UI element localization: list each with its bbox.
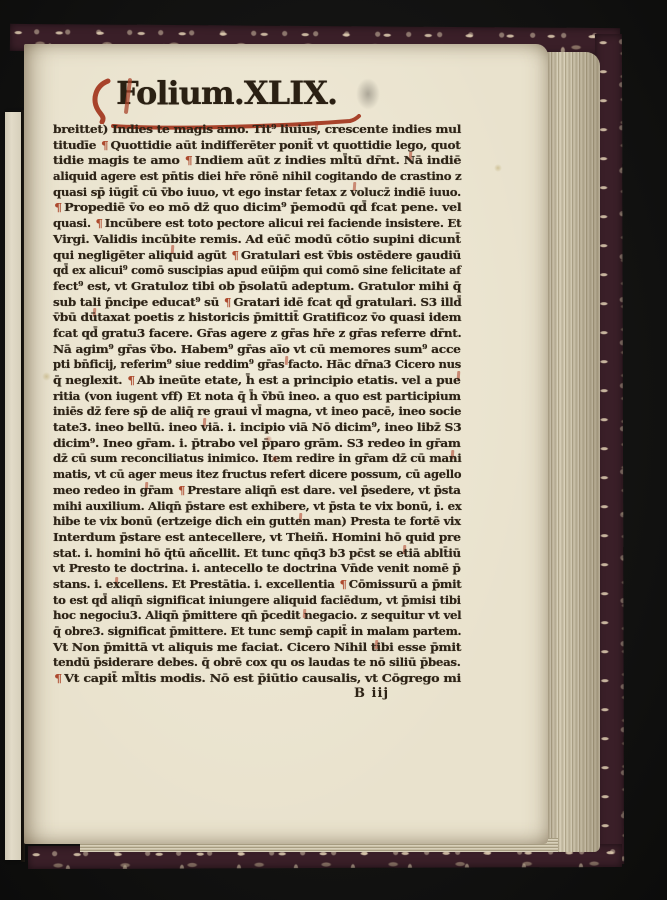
pilcrow-mark: ¶ <box>231 248 238 262</box>
text-line: aliquid agere est pn̄tis diei hr̄e rōnē … <box>53 165 461 181</box>
text-line: qui negligēter aliquid agūt ¶Gratulari e… <box>53 244 461 260</box>
text-line: qd̄ ex alicui⁹ comō suscipias apud eūip̄… <box>53 259 461 275</box>
text-line: Virgi. Validis incūbite remis. Ad eūc̄ m… <box>53 228 461 244</box>
text-line: ¶Propediē v̄o eo mō dz̄ quo dicim⁹ p̄emo… <box>53 196 461 212</box>
text-line: fect⁹ est, vt Gratuloz tibi ob p̄solatū … <box>53 275 461 291</box>
page-stain <box>494 164 502 172</box>
text-line: breittet) Indies te magis amo. Tit⁹ liui… <box>53 118 461 134</box>
book-page: Folium.XLIX. breittet) Indies te mag <box>24 44 548 844</box>
pilcrow-mark: ¶ <box>54 200 62 214</box>
text-line: ¶Vt capit̄ ml̄tis modis. Nō est p̄iūtio … <box>53 667 461 683</box>
text-line: quasi sp̄ iūgit̄ cū v̄bo iuuo, vt ego in… <box>53 181 461 197</box>
text-line: matis, vt cū ager meus itez fructus refe… <box>53 463 461 479</box>
page-stain <box>42 372 51 381</box>
text-line: Nā agim⁹ gr̄as v̄bo. Habem⁹ gr̄as aīo vt… <box>53 338 461 354</box>
text-line: tate3. ineo bellū. ineo viā. i. incipio … <box>53 416 461 432</box>
pilcrow-mark: ¶ <box>54 671 62 685</box>
text-line: titudīe ¶Quottidie aūt indifferēter poni… <box>53 134 461 150</box>
text-line: ritia (von iugent vff) Et nota q̄ h̄ v̄b… <box>53 385 461 401</box>
ink-smudge <box>356 78 380 110</box>
text-line: tidie magis te amo ¶Indiem aūt z indies … <box>53 149 461 165</box>
text-line: sub tali p̄ncipe educat⁹ sū ¶Gratari idē… <box>53 291 461 307</box>
facing-page-edge <box>5 112 21 860</box>
folio-number-heading: Folium.XLIX. <box>116 74 337 112</box>
quire-signature-mark: B iij <box>354 686 389 701</box>
text-line: to est qd̄ aliqn̄ significat iniungere a… <box>53 589 461 605</box>
pilcrow-mark: ¶ <box>178 483 185 497</box>
text-line: stans. i. excellens. Et Prestātia. i. ex… <box>53 573 461 589</box>
pilcrow-mark: ¶ <box>96 216 103 230</box>
red-ink-stain <box>272 454 278 464</box>
text-line: mihi auxilium. Aliqn̄ p̄stare est exhibe… <box>53 495 461 511</box>
text-block: breittet) Indies te magis amo. Tit⁹ liui… <box>53 118 461 683</box>
pilcrow-mark: ¶ <box>101 138 108 152</box>
text-line: stat. i. homini hō q̄tū añcellit. Et tun… <box>53 542 461 558</box>
text-line: Interdum p̄stare est antecellere, vt The… <box>53 526 461 542</box>
text-line: meo redeo in gr̄am ¶Prestare aliqn̄ est … <box>53 479 461 495</box>
text-line: iniēs dz̄ fere sp̄ de aliq̄ re graui vl̄… <box>53 400 461 416</box>
red-ink-stain <box>264 436 273 442</box>
book-photo: Folium.XLIX. breittet) Indies te mag <box>0 0 667 900</box>
text-line: hoc negociu3. Aliqn̄ p̄mittere qn̄ p̄ced… <box>53 604 461 620</box>
text-line: tendū p̄siderare debes. q̄ obrē cox qu o… <box>53 651 461 667</box>
text-line: fcat qd̄ gratu3 facere. Gr̄as agere z gr… <box>53 322 461 338</box>
text-line: pti bn̄ficij, referim⁹ siue reddim⁹ gr̄a… <box>53 353 461 369</box>
text-line: q̄ obre3. significat p̄mittere. Et tunc … <box>53 620 461 636</box>
text-line: q̄ neglexit. ¶Ab ineūte etate, h̄ est a … <box>53 369 461 385</box>
text-line: quasi. ¶Incūbere est toto pectore alicui… <box>53 212 461 228</box>
pilcrow-mark: ¶ <box>224 295 231 309</box>
pilcrow-mark: ¶ <box>127 373 135 387</box>
text-line: vt Presto te doctrina. i. antecello te d… <box>53 557 461 573</box>
text-line: dicim⁹. Ineo gr̄am. i. p̄trabo vel p̄par… <box>53 432 461 448</box>
pilcrow-mark: ¶ <box>185 153 193 167</box>
text-line: hibe te vix bonū (ertzeige dich ein gutt… <box>53 510 461 526</box>
pilcrow-mark: ¶ <box>339 577 346 591</box>
fore-edge-page-stack <box>543 52 600 852</box>
text-line: Vt Non p̄mittā vt aliquis me faciat. Cic… <box>53 636 461 652</box>
text-line: v̄bū dūtaxat poetis z historicis p̄mitti… <box>53 306 461 322</box>
text-line: dz̄ cū sum reconciliatus inimico. Item r… <box>53 447 461 463</box>
